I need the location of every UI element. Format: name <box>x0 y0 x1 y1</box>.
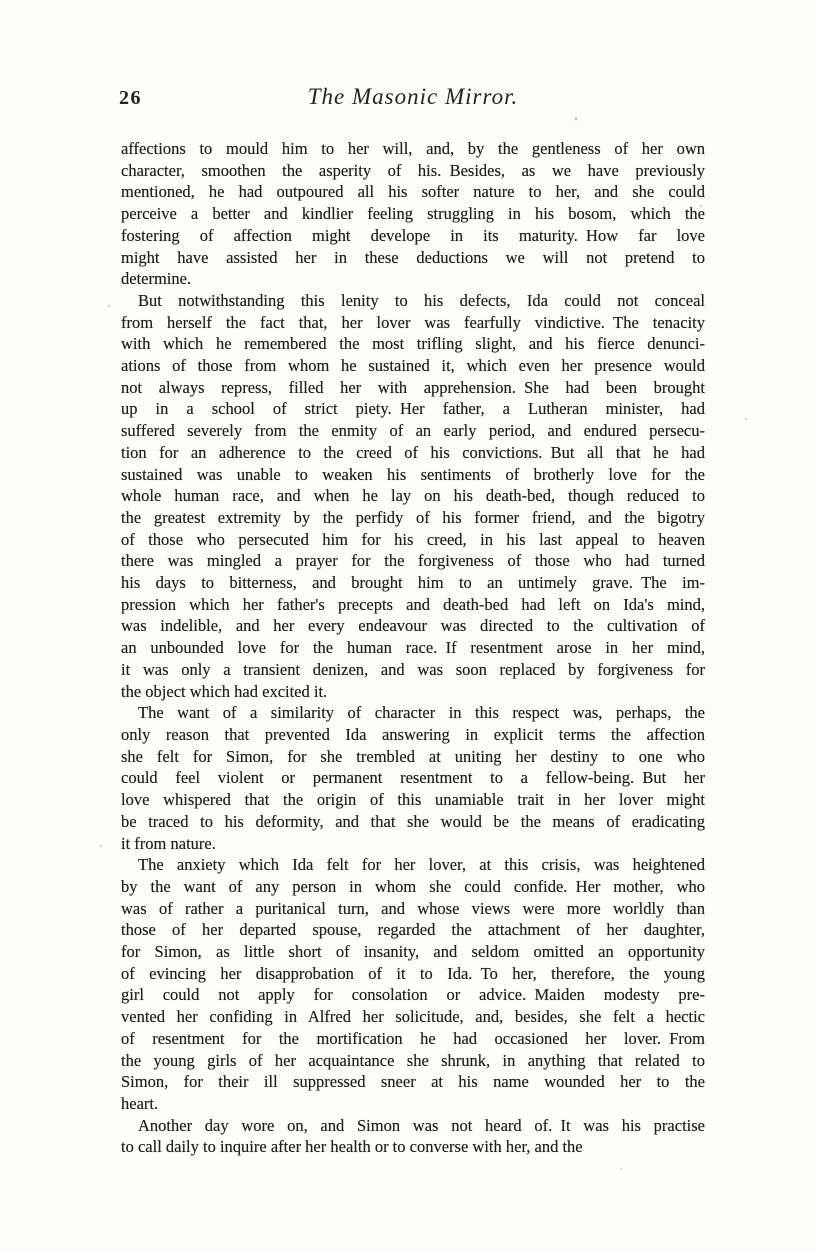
page-number: 26 <box>119 87 142 110</box>
text-line: fostering of affection might develope in… <box>121 225 705 247</box>
text-line: an unbounded love for the human race. If… <box>121 637 705 659</box>
text-line: perceive a better and kindlier feeling s… <box>121 203 705 225</box>
text-line: she felt for Simon, for she trembled at … <box>121 746 705 768</box>
text-line: affections to mould him to her will, and… <box>121 138 705 160</box>
text-line: the object which had excited it. <box>121 681 705 703</box>
text-line: his days to bitterness, and brought him … <box>121 572 705 594</box>
scanned-document-page: 26 The Masonic Mirror. affections to mou… <box>0 0 816 1251</box>
text-line: it from nature. <box>121 833 705 855</box>
text-line: for Simon, as little short of insanity, … <box>121 941 705 963</box>
text-line: ations of those from whom he sustained i… <box>121 355 705 377</box>
paragraph: The want of a similarity of character in… <box>121 702 705 854</box>
text-line: pression which her father's precepts and… <box>121 594 705 616</box>
text-line: sustained was unable to weaken his senti… <box>121 464 705 486</box>
text-line: tion for an adherence to the creed of hi… <box>121 442 705 464</box>
text-line: But notwithstanding this lenity to his d… <box>121 290 705 312</box>
text-line: The anxiety which Ida felt for her lover… <box>121 854 705 876</box>
text-line: could feel violent or permanent resentme… <box>121 767 705 789</box>
text-line: from herself the fact that, her lover wa… <box>121 312 705 334</box>
paragraph: affections to mould him to her will, and… <box>121 138 705 290</box>
text-line: it was only a transient denizen, and was… <box>121 659 705 681</box>
text-line: up in a school of strict piety. Her fath… <box>121 398 705 420</box>
text-line: to call daily to inquire after her healt… <box>121 1136 705 1158</box>
text-line: the greatest extremity by the perfidy of… <box>121 507 705 529</box>
text-line: mentioned, he had outpoured all his soft… <box>121 181 705 203</box>
paragraph: The anxiety which Ida felt for her lover… <box>121 854 705 1114</box>
text-line: might have assisted her in these deducti… <box>121 247 705 269</box>
text-line: not always repress, filled her with appr… <box>121 377 705 399</box>
text-line: character, smoothen the asperity of his.… <box>121 160 705 182</box>
text-line: determine. <box>121 268 705 290</box>
paragraph: Another day wore on, and Simon was not h… <box>121 1115 705 1158</box>
text-line: whole human race, and when he lay on his… <box>121 485 705 507</box>
page-body: affections to mould him to her will, and… <box>121 138 705 1158</box>
text-line: Another day wore on, and Simon was not h… <box>121 1115 705 1137</box>
text-line: only reason that prevented Ida answering… <box>121 724 705 746</box>
text-line: those of her departed spouse, regarded t… <box>121 919 705 941</box>
text-line: The want of a similarity of character in… <box>121 702 705 724</box>
text-line: girl could not apply for consolation or … <box>121 984 705 1006</box>
text-line: was of rather a puritanical turn, and wh… <box>121 898 705 920</box>
text-line: of evincing her disapprobation of it to … <box>121 963 705 985</box>
text-line: was indelible, and her every endeavour w… <box>121 615 705 637</box>
text-line: vented her confiding in Alfred her solic… <box>121 1006 705 1028</box>
text-line: the young girls of her acquaintance she … <box>121 1050 705 1072</box>
paragraph: But notwithstanding this lenity to his d… <box>121 290 705 702</box>
text-line: with which he remembered the most trifli… <box>121 333 705 355</box>
text-line: Simon, for their ill suppressed sneer at… <box>121 1071 705 1093</box>
text-line: by the want of any person in whom she co… <box>121 876 705 898</box>
scan-noise-specks <box>0 0 2 2</box>
text-line: love whispered that the origin of this u… <box>121 789 705 811</box>
text-line: suffered severely from the enmity of an … <box>121 420 705 442</box>
running-head: 26 The Masonic Mirror. <box>121 84 705 114</box>
text-line: there was mingled a prayer for the forgi… <box>121 550 705 572</box>
text-line: heart. <box>121 1093 705 1115</box>
text-line: of those who persecuted him for his cree… <box>121 529 705 551</box>
text-line: be traced to his deformity, and that she… <box>121 811 705 833</box>
text-line: of resentment for the mortification he h… <box>121 1028 705 1050</box>
page-title: The Masonic Mirror. <box>121 84 705 110</box>
